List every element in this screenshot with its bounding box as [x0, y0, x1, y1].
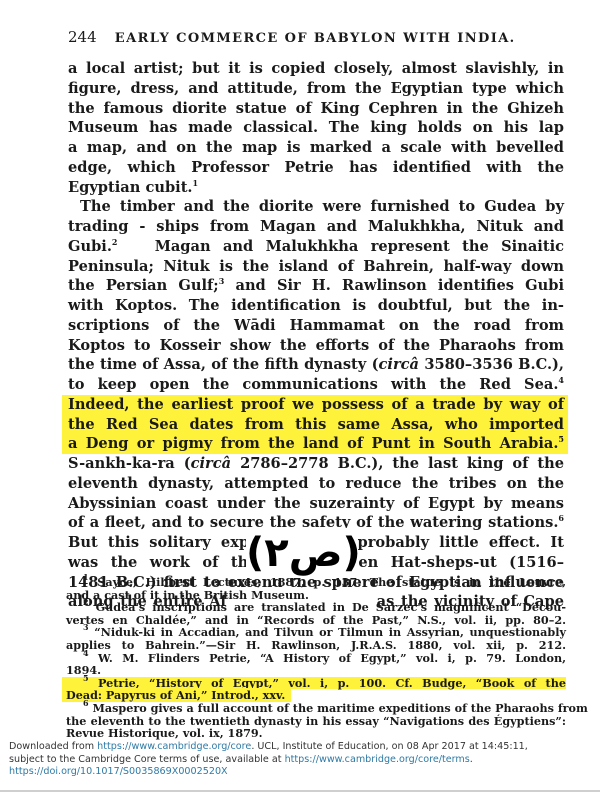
body-line: scriptions of the Wādi Hammamat on the r… — [68, 316, 564, 336]
document-page: 244 EARLY COMMERCE OF BABYLON WITH INDIA… — [0, 0, 600, 800]
page-header: 244 EARLY COMMERCE OF BABYLON WITH INDIA… — [68, 28, 568, 46]
body-line: Egyptian cubit.1 — [68, 178, 564, 198]
footnote-1: 1 Sayce, Hibbert Lectures, 1887, p. 137.… — [66, 576, 566, 589]
footnote-4: 4 W. M. Flinders Petrie, “A History of E… — [66, 652, 566, 665]
cambridge-core-link[interactable]: https://www.cambridge.org/core — [97, 741, 251, 752]
footnote-ref-3[interactable]: 3 — [219, 276, 225, 286]
download-notice: Downloaded from https://www.cambridge.or… — [9, 741, 594, 779]
footnote-6: 6 Maspero gives a full account of the ma… — [66, 702, 566, 715]
body-line: Museum has made classical. The king hold… — [68, 118, 564, 138]
running-title: EARLY COMMERCE OF BABYLON WITH INDIA. — [115, 31, 516, 46]
highlighted-line: a Deng or pigmy from the land of Punt in… — [62, 434, 568, 454]
page-number: 244 — [68, 28, 97, 46]
footnotes: 1 Sayce, Hibbert Lectures, 1887, p. 137.… — [66, 576, 566, 740]
body-line: a map, and on the map is marked a scale … — [68, 138, 564, 158]
highlighted-line: the Red Sea dates from this same Assa, w… — [62, 415, 568, 435]
body-line: Peninsula; Nituk is the island of Bahrei… — [68, 257, 564, 277]
body-line: eleventh dynasty, attempted to reduce th… — [68, 474, 564, 494]
bottom-divider — [0, 790, 600, 792]
body-line: a local artist; but it is copied closely… — [68, 59, 564, 79]
body-line: the famous diorite statue of King Cephre… — [68, 99, 564, 119]
footnote-ref-5[interactable]: 5 — [558, 434, 564, 444]
body-line: Abyssinian coast under the suzerainty of… — [68, 494, 564, 514]
footnote-ref-4[interactable]: 4 — [558, 375, 564, 385]
footnote-6-cont2: Revue Historique, vol. ix, 1879. — [66, 727, 566, 740]
body-line: trading - ships from Magan and Malukhkha… — [68, 217, 564, 237]
terms-link[interactable]: https://www.cambridge.org/core/terms — [285, 754, 470, 765]
footnote-ref-1[interactable]: 1 — [193, 178, 199, 188]
highlighted-line: Indeed, the earliest proof we possess of… — [62, 395, 568, 415]
doi-link[interactable]: https://doi.org/10.1017/S0035869X0002520… — [9, 766, 228, 777]
body-line: to keep open the communications with the… — [68, 375, 564, 395]
body-line: Gubi.2 Magan and Malukhkha represent the… — [68, 237, 564, 257]
body-line: Koptos to Kosseir show the efforts of th… — [68, 336, 564, 356]
body-line: figure, dress, and attitude, from the Eg… — [68, 79, 564, 99]
page-stamp-overlay: (ص٢) — [246, 528, 358, 578]
body-line: the time of Assa, of the fifth dynasty (… — [68, 355, 564, 375]
body-line: The timber and the diorite were furnishe… — [68, 197, 564, 217]
footnote-2: 2 Gudea's inscriptions are translated in… — [66, 601, 566, 614]
body-line: with Koptos. The identification is doubt… — [68, 296, 564, 316]
footnote-ref-2[interactable]: 2 — [112, 237, 118, 247]
footnote-ref-6[interactable]: 6 — [558, 513, 564, 523]
body-line: the Persian Gulf;3 and Sir H. Rawlinson … — [68, 276, 564, 296]
body-line: S-ankh-ka-ra (circâ 2786–2778 B.C.), the… — [68, 454, 564, 474]
body-line: edge, which Professor Petrie has identif… — [68, 158, 564, 178]
